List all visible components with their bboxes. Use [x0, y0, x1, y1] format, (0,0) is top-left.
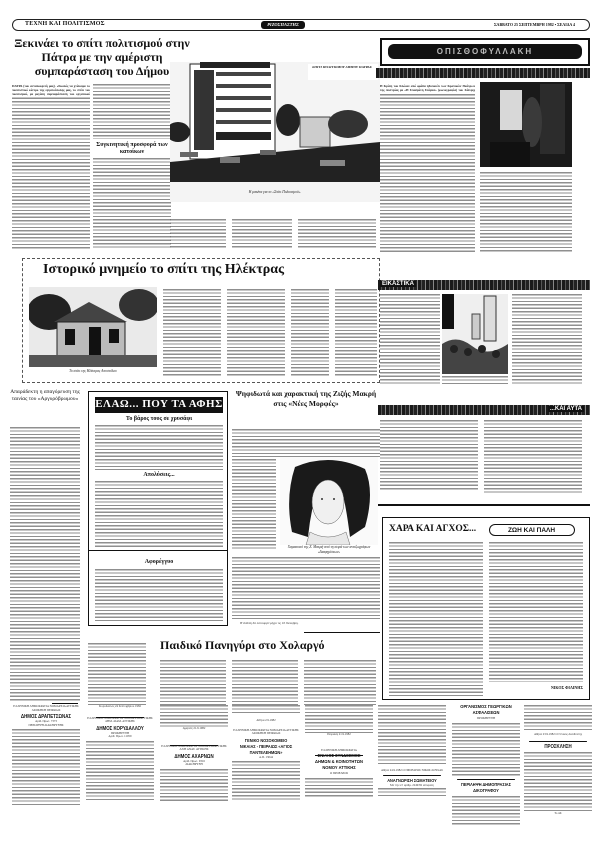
article-joy: ΧΑΡΑ ΚΑΙ ΑΓΧΟΣ... ΖΩΗ ΚΑΙ ΠΑΛΗ ΝΙΚΟΣ ΦΙΛ… — [382, 517, 590, 700]
sidebar-text-col2 — [512, 294, 582, 386]
sidebar-banner-title: ΕΙΚΑΣΤΙΚΑ — [380, 281, 416, 287]
article-body-col2 — [93, 84, 171, 139]
notice-date: Αχαρνές 21.9.1982 — [160, 727, 228, 731]
sidebar-divider-banner: ...ΚΑΙ ΑΥΤΑ — [378, 405, 590, 415]
sidebar-theatre: ΟΠΙΣΘΟΦΥΛΛΑΚΗ Η Κρίση του Κλόουν από ομά… — [380, 32, 590, 254]
article-body-col1 — [88, 643, 146, 705]
sidebar-banner: ΟΠΙΣΘΟΦΥΛΛΑΚΗ — [388, 44, 582, 59]
notice-title: ΔΗΜΟΣ ΚΟΡΥΔΑΛΛΟΥ — [91, 726, 149, 732]
notice-header: Αθήνα 23.9.1982 Ο Γενικός Διευθυντής — [524, 733, 592, 737]
article-body-col1 — [12, 84, 90, 249]
sidebar-text-col1b — [442, 376, 508, 386]
article-body-col4 — [335, 289, 377, 377]
crowd-engraving-icon — [442, 294, 508, 374]
sidebar-text-col1 — [380, 294, 440, 386]
notice-body-cont — [524, 705, 592, 731]
article-body-col4 — [232, 219, 292, 249]
notices-section: ΕΛΛΗΝΙΚΗ ΔΗΜΟΚΡΑΤΙΑ ΝΟΜΑΡΧΙΑ ΑΤΤΙΚΗΣ ΔΙΟ… — [0, 705, 600, 855]
photo-caption: Η μακέτα για το «Σπίτι Πολιτισμού». — [170, 190, 380, 194]
box-elao-continued: Αφορέγγυο — [88, 551, 228, 626]
notice-body — [232, 761, 300, 801]
photo-caption: Χαρακτικό της Ζ. Μακρή από τη σειρά των … — [280, 545, 378, 554]
box-section-title: Το βάρος τους σε χρυσάφι — [95, 416, 223, 423]
notice-body-cont — [378, 705, 446, 765]
article-film: Απαράδεκτη η απαγόρευση της ταινίας του … — [10, 387, 80, 707]
notice-ref: Ο ΠΡΟΕΔΡΟΣ — [305, 772, 373, 776]
portrait-engraving-icon — [280, 457, 378, 545]
electra-house-photo — [29, 287, 157, 367]
divider — [170, 745, 218, 746]
building-illustration-icon — [170, 62, 380, 202]
article-closing: Η έκθεση θα λειτουργεί μέχρι τις 16 Οκτώ… — [240, 621, 380, 626]
notice-header: ΕΛΛΗΝΙΚΗ ΔΗΜΟΚΡΑΤΙΑ ΝΟΜΑΡΧΙΑ ΑΤΤΙΚΗΣ ΔΙΟ… — [232, 729, 300, 736]
article-subheadline: Συγκινητική προσφορά των κατοίκων — [93, 142, 171, 156]
notice-body — [305, 778, 373, 798]
box-section-title: Αφορέγγυο — [95, 559, 223, 566]
article-headline: Παιδικό Πανηγύρι στο Χολαργό — [160, 638, 380, 653]
article-body-col2 — [160, 660, 226, 705]
theatre-photo — [480, 82, 572, 167]
article-headline: Ψηφιδωτά και χαρακτική της Ζιζής Μακρή σ… — [232, 389, 380, 408]
article-headline: Απαράδεκτη η απαγόρευση της ταινίας του … — [10, 389, 80, 403]
engraving-photo — [442, 294, 508, 374]
notice-nikaia-hospital: Αθήνα 2.9.1982 ΕΛΛΗΝΙΚΗ ΔΗΜΟΚΡΑΤΙΑ ΝΟΜΑΡ… — [232, 705, 300, 845]
box-banner: ΕΛΑΩ... ΠΟΥ ΤΑ ΑΦΗΣ — [95, 397, 223, 413]
notice-kind: ΠΡΟΚΗΡΥΞΗ — [452, 717, 520, 721]
article-patra: Ξεκινάει το σπίτι πολιτισμού στην Πάτρα … — [0, 34, 380, 252]
notice-korydallos: Κορυδαλλός 24 Σεπτεμβρίου 1982 ΕΛΛΗΝΙΚΗ … — [86, 705, 154, 845]
notice-kind: ΠΕΡΙΛΗΨΗ ΔΙΑΚΗΡΥΞΗΣ — [12, 724, 80, 728]
notice-ref: Με την υπ' αριθμ. 2249/82 απόφαση — [378, 784, 446, 788]
notice-association: Αθήνα 24.9.1982 Ο ΠΡΟΕΔΡΟΣ ΝΙΚΟΣ ΛΟΥΛΑΣ … — [378, 705, 446, 845]
article-headline: Ιστορικό μνημείο το σπίτι της Ηλέκτρας — [43, 262, 383, 278]
building-sign: ΣΠΙΤΙ ΠΟΛΙΤΙΣΜΟΥ ΔΗΜΟΥ ΠΑΤΡΑΣ — [308, 65, 376, 69]
maquette-photo: ΣΠΙΤΙ ΠΟΛΙΤΙΣΜΟΥ ΔΗΜΟΥ ΠΑΤΡΑΣ Η μακέτα γ… — [170, 62, 380, 202]
column-label-badge: ΖΩΗ ΚΑΙ ΠΑΛΗ — [489, 524, 575, 536]
article-mosaics: Ψηφιδωτά και χαρακτική της Ζιζής Μακρή σ… — [232, 387, 380, 637]
newspaper-logo: ΡΙΖΟΣΠΑΣΤΗΣ — [261, 21, 305, 29]
box-elao: ΕΛΑΩ... ΠΟΥ ΤΑ ΑΦΗΣ Το βάρος τους σε χρυ… — [88, 391, 228, 551]
notice-drapetsona: ΕΛΛΗΝΙΚΗ ΔΗΜΟΚΡΑΤΙΑ ΝΟΜΑΡΧΙΑ ΑΤΤΙΚΗΣ ΔΙΟ… — [12, 705, 80, 845]
sidebar-misc: ...ΚΑΙ ΑΥΤΑ — [380, 400, 590, 510]
notice-header: ΕΛΛΗΝΙΚΗ ΔΗΜΟΚΡΑΤΙΑ ΝΟΜΑΡΧΙΑ ΑΤΤΙΚΗΣ ΔΙΟ… — [12, 705, 80, 712]
sidebar-banner-title: ...ΚΑΙ ΑΥΤΑ — [548, 406, 584, 412]
article-body-col2 — [489, 542, 583, 682]
article-body — [10, 427, 80, 702]
notice-body-cont — [305, 705, 373, 733]
article-body-col1 — [389, 542, 483, 696]
notice-title: ΑΝΑΓΝΩΡΙΣΗ ΣΩΜΑΤΕΙΟΥ — [383, 775, 441, 784]
notice-title: ΔΗΜΟΣ ΑΧΑΡΝΩΝ — [165, 754, 223, 760]
article-body-col1 — [163, 289, 221, 377]
notice-title: ΕΝΙΑΙΟΣ ΣΥΝΔΕΣΜΟΣ ΔΗΜΩΝ & ΚΟΙΝΟΤΗΤΩΝ ΝΟΜ… — [310, 754, 368, 772]
notice-invitation: Αθήνα 23.9.1982 Ο Γενικός Διευθυντής ΠΡΟ… — [524, 705, 592, 845]
notice-body — [160, 769, 228, 801]
article-body-col2b — [93, 158, 171, 248]
article-lead — [232, 429, 380, 457]
article-headline: ΧΑΡΑ ΚΑΙ ΑΓΧΟΣ... — [389, 524, 476, 534]
portrait-engraving — [280, 457, 378, 545]
notice-body-cont — [232, 705, 300, 715]
notice-title: ΓΕΝΙΚΟ ΝΟΣΟΚΟΜΕΙΟ ΝΙΚΑΙΑΣ - ΠΕΙΡΑΙΩΣ «ΑΓ… — [237, 738, 295, 756]
author-signature: ΝΙΚΟΣ ΦΙΛΙΝΗΣ — [551, 685, 583, 690]
notice-title: ΠΡΟΣΚΛΗΣΗ — [529, 741, 587, 750]
house-illustration-icon — [29, 287, 157, 367]
article-body-col3 — [291, 289, 329, 377]
article-body-col1 — [232, 459, 276, 549]
sidebar-divider-banner: ΕΙΚΑΣΤΙΚΑ — [378, 280, 590, 290]
box-section-body — [95, 481, 223, 549]
notice-oga: ΟΡΓΑΝΙΣΜΟΣ ΓΕΩΡΓΙΚΩΝ ΑΣΦΑΛΙΣΕΩΝ ΠΡΟΚΗΡΥΞ… — [452, 705, 520, 845]
notice-title: ΟΡΓΑΝΙΣΜΟΣ ΓΕΩΡΓΙΚΩΝ ΑΣΦΑΛΙΣΕΩΝ — [457, 705, 515, 717]
section-title: ΤΕΧΝΗ ΚΑΙ ΠΟΛΙΤΙΣΜΟΣ — [25, 21, 105, 27]
article-festival: Παιδικό Πανηγύρι στο Χολαργό — [88, 640, 380, 708]
theatre-scene-icon — [480, 82, 572, 167]
notice-date: Αθήνα 2.9.1982 — [232, 719, 300, 723]
sidebar-text-col1 — [380, 84, 475, 252]
article-body-col3 — [232, 660, 298, 705]
notice-body — [86, 741, 154, 801]
notice-body — [378, 788, 446, 798]
date-page-label: ΣΑΒΒΑΤΟ 25 ΣΕΠΤΕΜΒΡΗ 1982 • ΣΕΛΙΔΑ 4 — [494, 22, 575, 27]
sidebar-item-1: Η Κρίση του Κλόουν από ομάδα ηθοποιών τω… — [380, 84, 475, 92]
box-section-body — [95, 425, 223, 470]
box-section-title: Απολύσεις... — [95, 472, 223, 479]
article-body-col1b — [232, 557, 380, 619]
notice-header: ΕΛΛΗΝΙΚΗ ΔΗΜΟΚΡΑΤΙΑ — [305, 749, 373, 753]
notice-body — [452, 796, 520, 826]
sidebar-text-col2 — [480, 172, 572, 252]
notice-ref: Αριθ. Πρωτ. 11059 — [86, 735, 154, 739]
notice-body — [524, 752, 592, 812]
notice-closing: Το ΔΣ — [524, 812, 592, 816]
box-banner-title: ΕΛΑΩ... ΠΟΥ ΤΑ ΑΦΗΣ — [95, 398, 223, 410]
notice-body-cont — [160, 705, 228, 727]
notice-acharnes: Αχαρνές 21.9.1982 ΕΛΛΗΝΙΚΗ ΔΗΜΟΚΡΑΤΙΑ ΝΟ… — [160, 705, 228, 845]
notice-header: Αθήνα 24.9.1982 Ο ΠΡΟΕΔΡΟΣ ΝΙΚΟΣ ΛΟΥΛΑΣ — [378, 769, 446, 773]
article-body-col5 — [298, 219, 376, 249]
notice-date: Πειραιάς 21.9.1982 — [305, 733, 373, 737]
notice-date: Κορυδαλλός 24 Σεπτεμβρίου 1982 — [86, 705, 154, 709]
article-body-col2 — [227, 289, 285, 377]
photo-caption: Το σπίτι της Ηλέκτρας Αποστόλου — [29, 369, 157, 373]
notice-body — [452, 723, 520, 777]
divider — [96, 717, 144, 718]
article-body-col4 — [304, 660, 376, 705]
divider — [304, 632, 380, 633]
sidebar-text-col2 — [484, 420, 582, 495]
article-headline: Ξεκινάει το σπίτι πολιτισμού στην Πάτρα … — [12, 36, 192, 78]
article-lead: ΠΑΤΡΑ (του ανταποκριτή μας). «Σκοπός να … — [12, 84, 90, 96]
notice-title: ΔΗΜΟΣ ΔΡΑΠΕΤΣΩΝΑΣ — [17, 714, 75, 720]
notice-title: ΠΕΡΙΛΗΨΗ ΔΗΜΟΠΡΑΣΙΑΣ ΔΙΚΟΓΡΑΦΟΥ — [457, 779, 515, 794]
column-label: ΖΩΗ ΚΑΙ ΠΑΛΗ — [490, 527, 573, 534]
notice-body — [12, 729, 80, 807]
sidebar-text-col1 — [380, 420, 478, 490]
sidebar-banner-box: ΟΠΙΣΘΟΦΥΛΛΑΚΗ — [380, 38, 590, 66]
notice-kind: ΔΙΑΚΗΡΥΞΗ — [160, 763, 228, 767]
article-electra: Ιστορικό μνημείο το σπίτι της Ηλέκτρας Τ… — [22, 258, 380, 383]
notice-ref: Α.Π. 13044 — [232, 756, 300, 760]
article-body-col3 — [170, 219, 226, 249]
sidebar-banner-title: ΟΠΙΣΘΟΦΥΛΛΑΚΗ — [388, 47, 582, 56]
masthead: ΤΕΧΝΗ ΚΑΙ ΠΟΛΙΤΙΣΜΟΣ ΡΙΖΟΣΠΑΣΤΗΣ ΣΑΒΒΑΤΟ… — [12, 19, 590, 31]
sidebar-divider-banner — [376, 68, 590, 78]
notice-union-attica: Πειραιάς 21.9.1982 ΕΛΛΗΝΙΚΗ ΔΗΜΟΚΡΑΤΙΑ Ε… — [305, 705, 373, 845]
divider — [378, 504, 590, 506]
sidebar-visual: ΕΙΚΑΣΤΙΚΑ — [380, 280, 590, 390]
box-section-body — [95, 569, 223, 621]
